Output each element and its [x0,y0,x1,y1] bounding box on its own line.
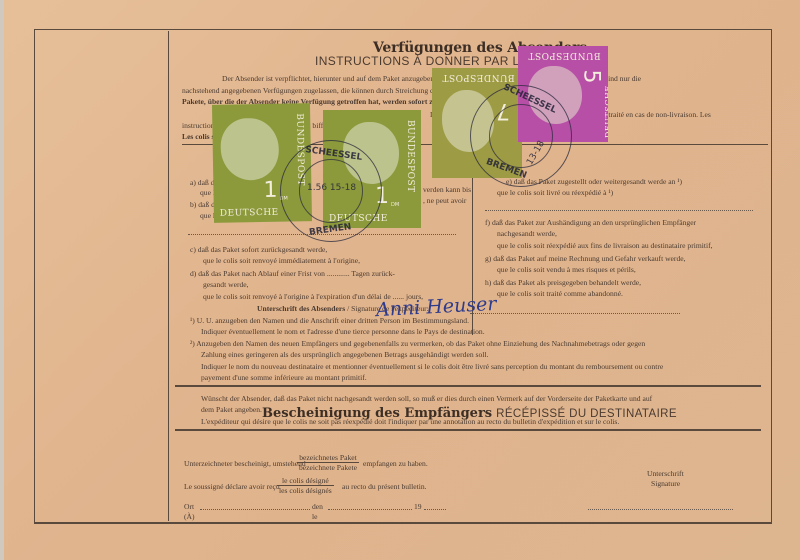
date-label-fr: le [312,512,317,521]
year-label: 19 [414,502,422,511]
footnote-2-de-2: Zahlung eines geringeren als des ursprün… [201,350,488,359]
stamp-country: DEUTSCHE [220,208,279,219]
signature-label-de: Unterschrift des Absenders [257,304,345,313]
receipt-title-de: Bescheinigung des Empfängers [262,406,492,421]
postmark-date: 1.56 15-18 [307,183,356,193]
footnote-2-fr: Indiquer le nom du nouveau destinataire … [201,362,663,371]
notice-de-2: dem Paket angeben. [201,405,262,414]
fraction-denominator: bezeichnete Pakete [297,463,359,472]
fill-line [485,210,753,211]
option-h-de: h) daß das Paket als preisgegeben behand… [485,278,641,287]
notice-de: Wünscht der Absender, daß das Paket nich… [201,394,652,403]
fraction-numerator: le colis désigné [277,476,334,486]
receipt-signature-fr: Signature [651,479,680,488]
stamp-value: 1 [263,178,277,203]
date-label: den [312,502,323,511]
option-d-de: d) daß das Paket nach Ablauf einer Frist… [190,269,395,278]
postmark-ring [489,104,553,168]
year-field[interactable] [424,509,446,510]
place-label-fr: (À) [184,512,195,521]
date-field[interactable] [328,509,412,510]
signature-line [470,313,680,314]
receipt-fr-fraction: le colis désigné les colis désignés [277,476,334,495]
option-g-fr: que le colis soit vendu à mes risques et… [497,265,636,274]
postmark-1: SCHEESSEL 1.56 15-18 BREMEN [280,140,382,242]
receipt-fr-prefix: Le soussigné déclare avoir reçu [184,482,280,491]
option-f-fr: que le colis soit réexpédié aux fins de … [497,241,713,250]
receipt-fr-suffix: au recto du présent bulletin. [342,482,427,491]
footnote-2-fr-2: payement d'une somme inférieure au monta… [201,373,367,382]
postmark-2: SCHEESSEL 13-18 BREMEN [470,85,572,187]
footnote-2-de: ²) Anzugeben den Namen des neuen Empfäng… [190,339,645,348]
stamp-country: DEUTSCHE [604,85,608,138]
stamp-service: BUNDESPOST [405,120,415,193]
section-rule [175,385,761,387]
receipt-de-fraction: bezeichnetes Paket bezeichnete Pakete [297,453,359,472]
option-h-fr: que le colis soit traité comme abandonné… [497,289,623,298]
receipt-signature-de: Unterschrift [647,469,684,478]
option-g-de: g) daß das Paket auf meine Rechnung und … [485,254,686,263]
stamp-unit: DM [391,202,399,208]
option-f-de-2: nachgesandt werde, [497,229,557,238]
place-field[interactable] [200,509,310,510]
option-col-de: verden kann bis [423,185,471,194]
receipt-title-fr: RÉCÉPISSÉ DU DESTINATAIRE [496,408,677,420]
scan-edge [0,0,4,560]
stamp-service: BUNDESPOST [528,50,601,60]
stamp-value: 5 [579,70,604,84]
portrait-icon [220,118,279,181]
receipt-de-suffix: empfangen zu haben. [363,459,428,468]
option-c-de: c) daß das Paket sofort zurückgesandt we… [190,245,327,254]
receipt-de-prefix: Unterzeichneter bescheinigt, umstehend [184,459,306,468]
option-d-de-2: gesandt werde, [203,280,249,289]
option-c-fr: que le colis soit renvoyé immédiatement … [203,256,360,265]
postmark-district: BREMEN [309,222,353,238]
option-f-de: f) daß das Paket zur Aushändigung an den… [485,218,696,227]
place-label: Ort [184,502,194,511]
fraction-numerator: bezeichnetes Paket [297,453,359,463]
recipient-signature-field[interactable] [588,509,733,510]
option-e-fr: que le colis soit livré ou réexpédié à ¹… [497,188,613,197]
receipt-title: Bescheinigung des EmpfängersRÉCÉPISSÉ DU… [262,405,677,421]
stamp-service: BUNDESPOST [442,72,515,82]
option-col-fr: , ne peut avoir [423,196,466,205]
fraction-denominator: les colis désignés [277,486,334,495]
footnote-1-fr: Indiquer éventuellement le nom et l'adre… [201,327,485,336]
section-rule [175,429,761,431]
